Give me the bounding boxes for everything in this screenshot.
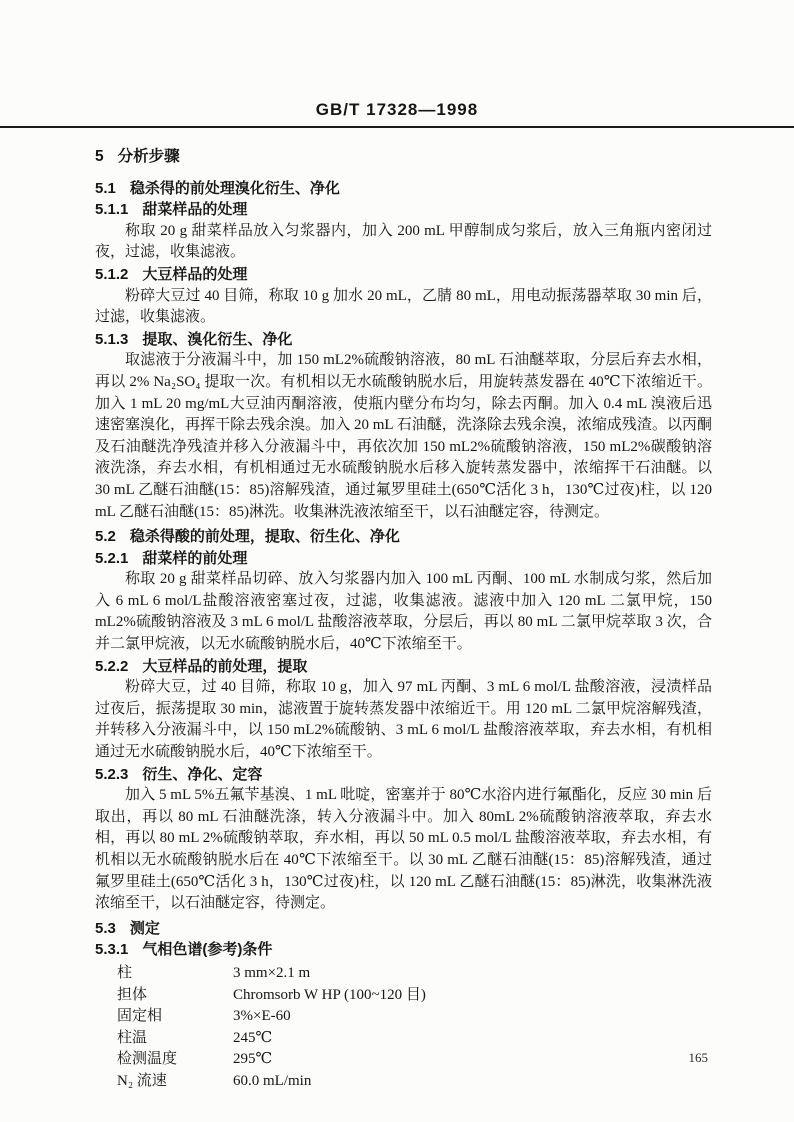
section-title: 稳杀得酸的前处理，提取、衍生化、净化	[130, 528, 400, 545]
gc-row-column-temp: 柱温 245℃	[117, 1028, 712, 1050]
section-heading-5-3: 5.3测定	[95, 918, 712, 940]
section-heading-5-2-3: 5.2.3衍生、净化、定容	[95, 764, 712, 786]
paragraph-5-2-1: 称取 20 g 甜菜样品切碎、放入匀浆器内加入 100 mL 丙酮、100 mL…	[95, 569, 712, 655]
gc-label: 固定相	[117, 1006, 233, 1028]
clause-title: 分析步骤	[118, 148, 180, 165]
page-number: 165	[689, 1050, 709, 1066]
section-heading-5-1: 5.1稳杀得的前处理溴化衍生、净化	[95, 178, 712, 200]
section-heading-5-1-2: 5.1.2大豆样品的处理	[95, 264, 712, 286]
section-heading-5-2-1: 5.2.1甜菜样的前处理	[95, 548, 712, 570]
gc-conditions-list: 柱 3 mm×2.1 m 担体 Chromsorb W HP (100~120 …	[117, 963, 712, 1093]
gc-value: 295℃	[233, 1049, 712, 1071]
gc-value: 3 mm×2.1 m	[233, 963, 712, 985]
section-title: 甜菜样的前处理	[142, 550, 247, 567]
section-number: 5.1	[95, 180, 116, 197]
gc-value: 245℃	[233, 1028, 712, 1050]
paragraph-5-2-3: 加入 5 mL 5%五氟苄基溴、1 mL 吡啶，密塞并于 80℃水浴内进行氟酯化…	[95, 785, 712, 915]
section-number: 5.3	[95, 920, 116, 937]
gc-label: 担体	[117, 985, 233, 1007]
gc-row-support: 担体 Chromsorb W HP (100~120 目)	[117, 985, 712, 1007]
section-number: 5.2.3	[95, 766, 128, 783]
section-heading-5-2-2: 5.2.2大豆样品的前处理，提取	[95, 656, 712, 678]
section-title: 测定	[130, 920, 160, 937]
paragraph-5-1-3: 取滤液于分液漏斗中，加 150 mL2%硫酸钠溶液，80 mL 石油醚萃取，分层…	[95, 350, 712, 523]
gc-value: 3%×E-60	[233, 1006, 712, 1028]
section-heading-5-3-1: 5.3.1气相色谱(参考)条件	[95, 939, 712, 961]
section-title: 稳杀得的前处理溴化衍生、净化	[130, 180, 340, 197]
gc-row-detector-temp: 检测温度 295℃	[117, 1049, 712, 1071]
paragraph-5-2-2: 粉碎大豆，过 40 目筛，称取 10 g，加入 97 mL 丙酮、3 mL 6 …	[95, 677, 712, 763]
section-title: 大豆样品的前处理，提取	[142, 658, 307, 675]
section-heading-5-2: 5.2稳杀得酸的前处理，提取、衍生化、净化	[95, 526, 712, 548]
section-number: 5.2.1	[95, 550, 128, 567]
clause-heading-5: 5分析步骤	[95, 146, 712, 168]
gc-label: 检测温度	[117, 1049, 233, 1071]
section-heading-5-1-3: 5.1.3提取、溴化衍生、净化	[95, 329, 712, 351]
section-heading-5-1-1: 5.1.1甜菜样品的处理	[95, 199, 712, 221]
gc-label: 柱	[117, 963, 233, 985]
document-body: 5分析步骤 5.1稳杀得的前处理溴化衍生、净化 5.1.1甜菜样品的处理 称取 …	[95, 146, 712, 1093]
header-rule	[0, 126, 794, 128]
gc-value: Chromsorb W HP (100~120 目)	[233, 985, 712, 1007]
section-title: 气相色谱(参考)条件	[142, 941, 272, 958]
gc-row-column: 柱 3 mm×2.1 m	[117, 963, 712, 985]
paragraph-5-1-2: 粉碎大豆过 40 目筛，称取 10 g 加水 20 mL，乙腈 80 mL，用电…	[95, 286, 712, 329]
clause-number: 5	[95, 148, 104, 165]
paragraph-5-1-1: 称取 20 g 甜菜样品放入匀浆器内，加入 200 mL 甲醇制成匀浆后，放入三…	[95, 221, 712, 264]
document-page: GB/T 17328—1998 5分析步骤 5.1稳杀得的前处理溴化衍生、净化 …	[0, 0, 794, 1122]
section-number: 5.3.1	[95, 941, 128, 958]
gc-row-stationary-phase: 固定相 3%×E-60	[117, 1006, 712, 1028]
section-number: 5.2.2	[95, 658, 128, 675]
document-header: GB/T 17328—1998	[0, 0, 794, 120]
section-title: 大豆样品的处理	[142, 266, 247, 283]
section-title: 甜菜样品的处理	[142, 201, 247, 218]
gc-value: 60.0 mL/min	[233, 1071, 712, 1093]
section-number: 5.1.1	[95, 201, 128, 218]
gc-label: 柱温	[117, 1028, 233, 1050]
gc-label: N₂ 流速	[117, 1071, 233, 1093]
section-number: 5.2	[95, 528, 116, 545]
section-number: 5.1.2	[95, 266, 128, 283]
standard-number: GB/T 17328—1998	[316, 100, 478, 119]
section-title: 衍生、净化、定容	[142, 766, 262, 783]
section-title: 提取、溴化衍生、净化	[142, 331, 292, 348]
section-number: 5.1.3	[95, 331, 128, 348]
gc-row-n2-flow: N₂ 流速 60.0 mL/min	[117, 1071, 712, 1093]
